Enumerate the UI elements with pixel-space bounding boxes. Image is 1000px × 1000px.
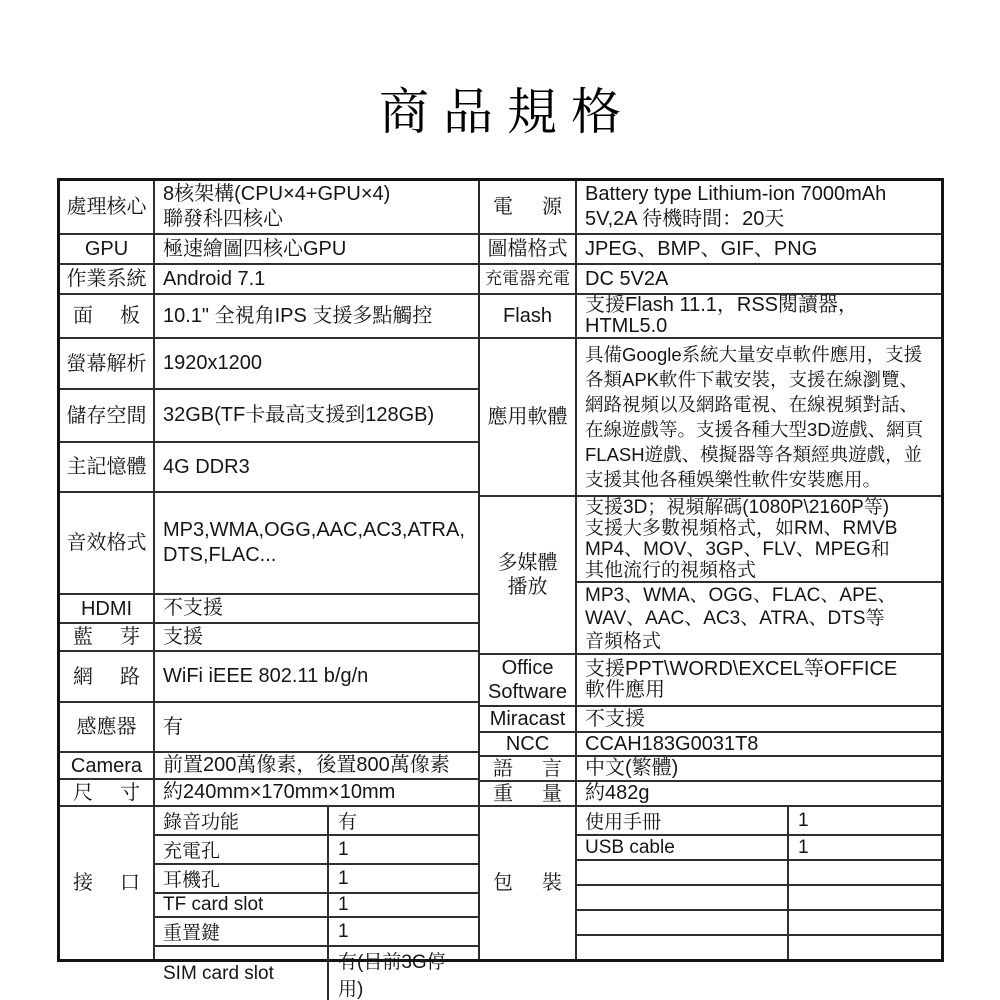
language-label: 語言 <box>480 757 577 780</box>
miracast-label: Miracast <box>480 707 577 731</box>
packaging-qty <box>789 861 941 884</box>
port-row-recording: 錄音功能 有 <box>155 807 478 836</box>
weight-value: 約482g <box>577 782 941 805</box>
ncc-value: CCAH183G0031T8 <box>577 733 941 755</box>
panel-label: 面板 <box>60 295 155 337</box>
language-value: 中文(繁體) <box>577 757 941 780</box>
row-audio-format: 音效格式 MP3,WMA,OGG,AAC,AC3,ATRA, DTS,FLAC.… <box>60 493 478 595</box>
port-name: 充電孔 <box>155 836 329 863</box>
packaging-qty <box>789 886 941 909</box>
panel-value: 10.1" 全視角IPS 支援多點觸控 <box>155 295 478 337</box>
product-spec-page: 商品規格 處理核心 8核架構(CPU×4+GPU×4) 聯發科四核心 GPU 極… <box>0 0 1000 1000</box>
packaging-row-manual: 使用手冊 1 <box>577 807 941 836</box>
packaging-row-usb-cable: USB cable 1 <box>577 836 941 861</box>
office-software-value: 支援PPT\WORD\EXCEL等OFFICE 軟件應用 <box>577 655 941 705</box>
row-camera: Camera 前置200萬像素，後置800萬像素 <box>60 753 478 780</box>
packaging-label: 包裝 <box>480 807 577 959</box>
hdmi-label: HDMI <box>60 595 155 622</box>
storage-label: 儲存空間 <box>60 390 155 441</box>
power-label: 電源 <box>480 181 577 233</box>
port-name: 耳機孔 <box>155 865 329 892</box>
row-language: 語言 中文(繁體) <box>480 757 941 782</box>
port-row-charging: 充電孔 1 <box>155 836 478 865</box>
row-weight: 重量 約482g <box>480 782 941 807</box>
row-multimedia: 多媒體 播放 支援3D；視頻解碼(1080P\2160P等) 支援大多數視頻格式… <box>480 497 941 655</box>
row-panel: 面板 10.1" 全視角IPS 支援多點觸控 <box>60 295 478 339</box>
cpu-label: 處理核心 <box>60 181 155 233</box>
row-ports: 接口 錄音功能 有 充電孔 1 耳機孔 1 TF card <box>60 807 478 959</box>
port-qty: 1 <box>329 918 478 945</box>
sensor-label: 感應器 <box>60 703 155 751</box>
packaging-item <box>577 936 789 959</box>
port-row-tf-card: TF card slot 1 <box>155 894 478 918</box>
row-charger: 充電器充電 DC 5V2A <box>480 265 941 295</box>
row-memory: 主記憶體 4G DDR3 <box>60 443 478 493</box>
network-value: WiFi iEEE 802.11 b/g/n <box>155 652 478 701</box>
multimedia-video-formats: 支援3D；視頻解碼(1080P\2160P等) 支援大多數視頻格式，如RM、RM… <box>577 497 941 583</box>
multimedia-values: 支援3D；視頻解碼(1080P\2160P等) 支援大多數視頻格式，如RM、RM… <box>577 497 941 653</box>
gpu-value: 極速繪圖四核心GPU <box>155 235 478 263</box>
office-software-label: Office Software <box>480 655 577 705</box>
packaging-item: USB cable <box>577 836 789 859</box>
row-power: 電源 Battery type Lithium-ion 7000mAh 5V,2… <box>480 181 941 235</box>
port-qty: 有 <box>329 807 478 834</box>
packaging-row-empty <box>577 911 941 936</box>
packaging-row-empty <box>577 861 941 886</box>
port-name: 錄音功能 <box>155 807 329 834</box>
os-value: Android 7.1 <box>155 265 478 293</box>
row-applications: 應用軟體 具備Google系統大量安卓軟件應用，支援各類APK軟件下載安裝，支援… <box>480 339 941 497</box>
image-format-label: 圖檔格式 <box>480 235 577 263</box>
port-name: TF card slot <box>155 894 329 916</box>
applications-value: 具備Google系統大量安卓軟件應用，支援各類APK軟件下載安裝，支援在線瀏覽、… <box>577 339 941 495</box>
row-storage: 儲存空間 32GB(TF卡最高支援到128GB) <box>60 390 478 443</box>
image-format-value: JPEG、BMP、GIF、PNG <box>577 235 941 263</box>
row-packaging: 包裝 使用手冊 1 USB cable 1 <box>480 807 941 959</box>
port-name: SIM card slot <box>155 947 329 1000</box>
packaging-item <box>577 886 789 909</box>
row-cpu: 處理核心 8核架構(CPU×4+GPU×4) 聯發科四核心 <box>60 181 478 235</box>
port-qty: 1 <box>329 894 478 916</box>
ncc-label: NCC <box>480 733 577 755</box>
port-row-headphone: 耳機孔 1 <box>155 865 478 894</box>
port-qty: 1 <box>329 836 478 863</box>
row-dimensions: 尺寸 約240mm×170mm×10mm <box>60 780 478 807</box>
resolution-value: 1920x1200 <box>155 339 478 388</box>
audio-format-label: 音效格式 <box>60 493 155 593</box>
row-bluetooth: 藍芽 支援 <box>60 624 478 652</box>
packaging-qty <box>789 911 941 934</box>
sensor-value: 有 <box>155 703 478 751</box>
dimensions-label: 尺寸 <box>60 780 155 805</box>
flash-label: Flash <box>480 295 577 337</box>
row-network: 網路 WiFi iEEE 802.11 b/g/n <box>60 652 478 703</box>
port-row-reset: 重置鍵 1 <box>155 918 478 947</box>
bluetooth-label: 藍芽 <box>60 624 155 650</box>
multimedia-label: 多媒體 播放 <box>480 497 577 653</box>
cpu-value: 8核架構(CPU×4+GPU×4) 聯發科四核心 <box>155 181 478 233</box>
spec-table-right: 電源 Battery type Lithium-ion 7000mAh 5V,2… <box>480 181 941 959</box>
row-ncc: NCC CCAH183G0031T8 <box>480 733 941 757</box>
camera-value: 前置200萬像素，後置800萬像素 <box>155 753 478 778</box>
port-qty: 有(目前3G停用) <box>329 947 478 1000</box>
camera-label: Camera <box>60 753 155 778</box>
gpu-label: GPU <box>60 235 155 263</box>
charger-value: DC 5V2A <box>577 265 941 293</box>
applications-label: 應用軟體 <box>480 339 577 495</box>
flash-value: 支援Flash 11.1，RSS閱讀器， HTML5.0 <box>577 295 941 337</box>
memory-label: 主記憶體 <box>60 443 155 491</box>
miracast-value: 不支援 <box>577 707 941 731</box>
spec-table: 處理核心 8核架構(CPU×4+GPU×4) 聯發科四核心 GPU 極速繪圖四核… <box>57 178 944 962</box>
packaging-item <box>577 911 789 934</box>
packaging-item <box>577 861 789 884</box>
row-hdmi: HDMI 不支援 <box>60 595 478 624</box>
packaging-row-empty <box>577 936 941 959</box>
packaging-item: 使用手冊 <box>577 807 789 834</box>
weight-label: 重量 <box>480 782 577 805</box>
hdmi-value: 不支援 <box>155 595 478 622</box>
packaging-qty <box>789 936 941 959</box>
port-name: 重置鍵 <box>155 918 329 945</box>
row-flash: Flash 支援Flash 11.1，RSS閱讀器， HTML5.0 <box>480 295 941 339</box>
row-gpu: GPU 極速繪圖四核心GPU <box>60 235 478 265</box>
audio-format-value: MP3,WMA,OGG,AAC,AC3,ATRA, DTS,FLAC... <box>155 493 478 593</box>
multimedia-audio-formats: MP3、WMA、OGG、FLAC、APE、 WAV、AAC、AC3、ATRA、D… <box>577 583 941 653</box>
os-label: 作業系統 <box>60 265 155 293</box>
row-miracast: Miracast 不支援 <box>480 707 941 733</box>
packaging-row-empty <box>577 886 941 911</box>
bluetooth-value: 支援 <box>155 624 478 650</box>
ports-list: 錄音功能 有 充電孔 1 耳機孔 1 TF card slot 1 <box>155 807 478 959</box>
spec-table-left: 處理核心 8核架構(CPU×4+GPU×4) 聯發科四核心 GPU 極速繪圖四核… <box>60 181 480 959</box>
row-os: 作業系統 Android 7.1 <box>60 265 478 295</box>
packaging-qty: 1 <box>789 836 941 859</box>
resolution-label: 螢幕解析 <box>60 339 155 388</box>
page-title: 商品規格 <box>0 72 1000 144</box>
storage-value: 32GB(TF卡最高支援到128GB) <box>155 390 478 441</box>
power-value: Battery type Lithium-ion 7000mAh 5V,2A 待… <box>577 181 941 233</box>
row-office-software: Office Software 支援PPT\WORD\EXCEL等OFFICE … <box>480 655 941 707</box>
ports-label: 接口 <box>60 807 155 959</box>
charger-label: 充電器充電 <box>480 265 577 293</box>
network-label: 網路 <box>60 652 155 701</box>
packaging-list: 使用手冊 1 USB cable 1 <box>577 807 941 959</box>
row-sensor: 感應器 有 <box>60 703 478 753</box>
row-resolution: 螢幕解析 1920x1200 <box>60 339 478 390</box>
dimensions-value: 約240mm×170mm×10mm <box>155 780 478 805</box>
row-image-format: 圖檔格式 JPEG、BMP、GIF、PNG <box>480 235 941 265</box>
memory-value: 4G DDR3 <box>155 443 478 491</box>
port-qty: 1 <box>329 865 478 892</box>
port-row-sim-card: SIM card slot 有(目前3G停用) <box>155 947 478 1000</box>
packaging-qty: 1 <box>789 807 941 834</box>
